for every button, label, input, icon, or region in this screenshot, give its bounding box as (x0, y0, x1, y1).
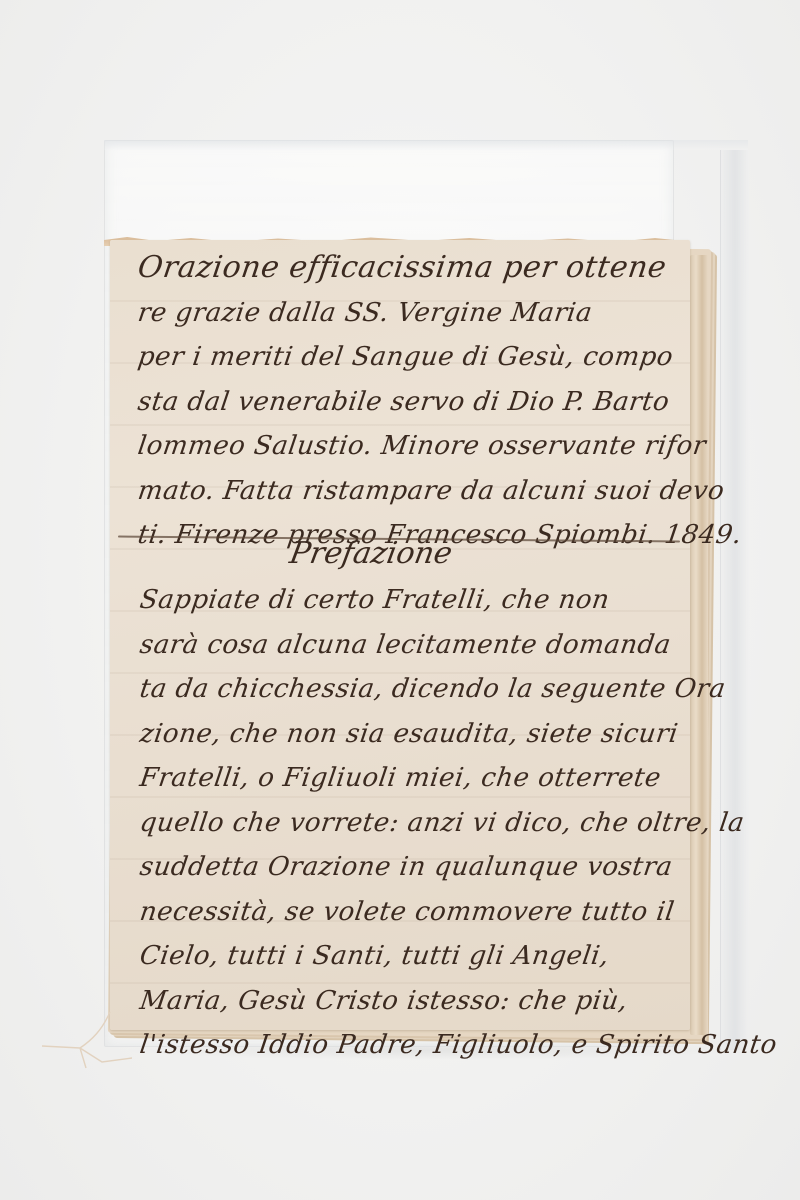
body-line: l'istesso Iddio Padre, Figliuolo, e Spir… (137, 1023, 683, 1068)
body-line: ta da chicchessia, dicendo la seguente O… (137, 667, 683, 712)
body-line: quello che vorrete: anzi vi dico, che ol… (137, 801, 683, 846)
acrylic-top-face (104, 140, 748, 150)
title-line: per i meriti del Sangue di Gesù, compo (135, 335, 681, 380)
body-line: suddetta Orazione in qualunque vostra (137, 845, 683, 890)
title-line: lommeo Salustio. Minore osservante rifor (135, 424, 681, 469)
page-stack-edge (690, 255, 708, 1035)
thread-icon (22, 1010, 132, 1070)
title-line: mato. Fatta ristampare da alcuni suoi de… (135, 469, 681, 514)
title-block: Orazione efficacissima per ottene re gra… (138, 246, 678, 558)
binding-thread (22, 1010, 132, 1070)
body-line: sarà cosa alcuna lecitamente domanda (137, 623, 683, 668)
body-line: necessità, se volete commovere tutto il (137, 890, 683, 935)
body-text: Sappiate di certo Fratelli, che non sarà… (140, 578, 680, 1068)
body-line: Cielo, tutti i Santi, tutti gli Angeli, (137, 934, 683, 979)
body-line: Sappiate di certo Fratelli, che non (137, 578, 683, 623)
body-line: Fratelli, o Figliuoli miei, che otterret… (137, 756, 683, 801)
acrylic-side-edge (720, 150, 749, 1050)
section-heading: Prefazione (287, 536, 455, 571)
title-line: re grazie dalla SS. Vergine Maria (135, 291, 681, 336)
title-line: sta dal venerabile servo di Dio P. Barto (135, 380, 681, 425)
body-line: zione, che non sia esaudita, siete sicur… (137, 712, 683, 757)
body-line: Maria, Gesù Cristo istesso: che più, (137, 979, 683, 1024)
title-line: Orazione efficacissima per ottene (135, 246, 681, 291)
